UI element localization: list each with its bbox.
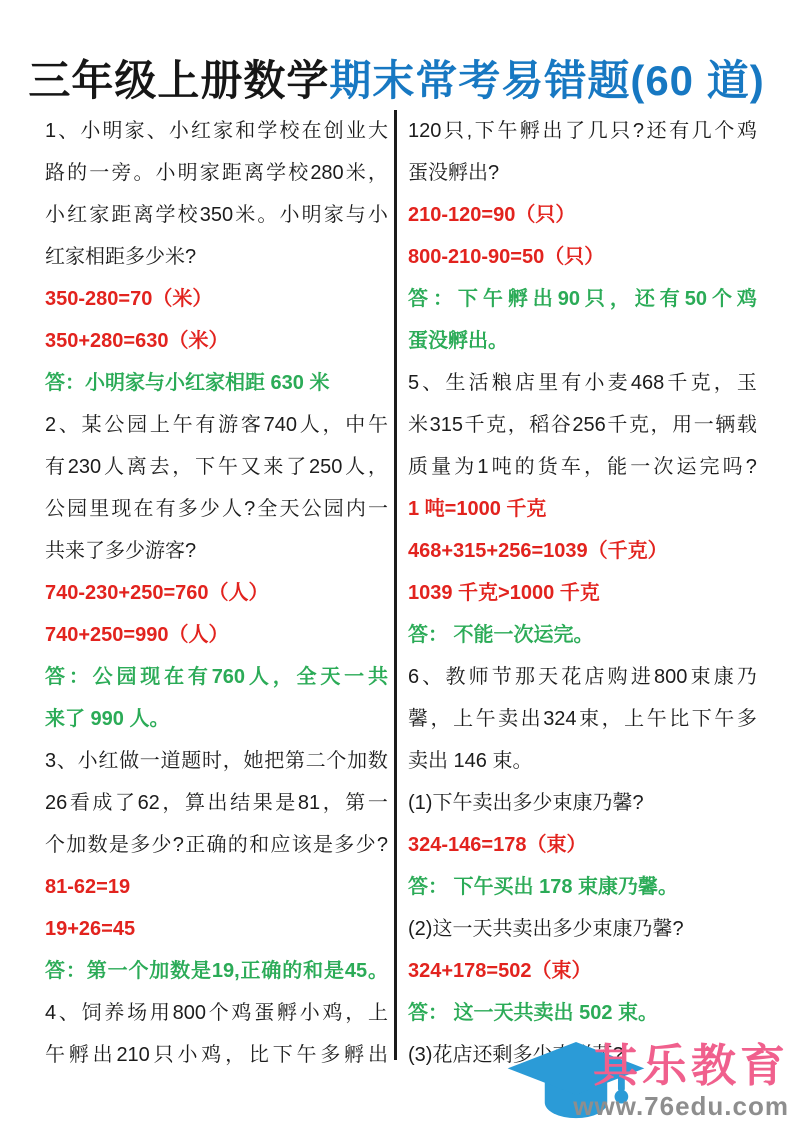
formula-line: 740-230+250=760（人） xyxy=(45,572,388,614)
formula-line: 324+178=502（束） xyxy=(408,950,757,992)
logo-brand-text: 其乐教育 xyxy=(573,1040,789,1092)
question-line: 共来了多少游客? xyxy=(45,530,388,572)
answer-line: 答： 不能一次运完。 xyxy=(408,614,757,656)
question-line: 26看成了62，算出结果是81，第一 xyxy=(45,782,388,824)
question-line: 午孵出210只小鸡，比下午多孵出 xyxy=(45,1034,388,1076)
question-line: 米315千克，稻谷256千克，用一辆载 xyxy=(408,404,757,446)
question-line: 公园里现在有多少人?全天公园内一 xyxy=(45,488,388,530)
formula-line: 210-120=90（只） xyxy=(408,194,757,236)
question-line: 馨，上午卖出324束，上午比下午多 xyxy=(408,698,757,740)
formula-line: 350-280=70（米） xyxy=(45,278,388,320)
formula-line: 81-62=19 xyxy=(45,866,388,908)
question-line: 路的一旁。小明家距离学校280米， xyxy=(45,152,388,194)
question-line: 蛋没孵出? xyxy=(408,152,757,194)
question-line: 3、小红做一道题时，她把第二个加数 xyxy=(45,740,388,782)
title-black-part: 三年级上册数学 xyxy=(28,57,329,104)
answer-line: 蛋没孵出。 xyxy=(408,320,757,362)
logo-url: www.76edu.com xyxy=(573,1092,789,1120)
page-title: 三年级上册数学期末常考易错题(60 道) xyxy=(0,48,793,108)
logo: 其乐教育 www.76edu.com xyxy=(500,1040,793,1122)
formula-line: 350+280=630（米） xyxy=(45,320,388,362)
formula-line: 468+315+256=1039（千克） xyxy=(408,530,757,572)
question-line: 红家相距多少米? xyxy=(45,236,388,278)
formula-line: 19+26=45 xyxy=(45,908,388,950)
column-left: 1、小明家、小红家和学校在创业大路的一旁。小明家距离学校280米，小红家距离学校… xyxy=(45,110,388,1076)
answer-line: 答：第一个加数是19,正确的和是45。 xyxy=(45,950,388,992)
answer-line: 来了 990 人。 xyxy=(45,698,388,740)
question-line: 1、小明家、小红家和学校在创业大 xyxy=(45,110,388,152)
question-line: 有230人离去，下午又来了250人， xyxy=(45,446,388,488)
formula-line: 800-210-90=50（只） xyxy=(408,236,757,278)
title-blue-part: 期末常考易错题(60 道) xyxy=(329,57,764,104)
question-line: 4、饲养场用800个鸡蛋孵小鸡，上 xyxy=(45,992,388,1034)
formula-line: 324-146=178（束） xyxy=(408,824,757,866)
question-line: 120只,下午孵出了几只?还有几个鸡 xyxy=(408,110,757,152)
answer-line: 答： 这一天共卖出 502 束。 xyxy=(408,992,757,1034)
answer-line: 答： 下午买出 178 束康乃馨。 xyxy=(408,866,757,908)
answer-line: 答：小明家与小红家相距 630 米 xyxy=(45,362,388,404)
question-line: (2)这一天共卖出多少束康乃馨? xyxy=(408,908,757,950)
column-divider xyxy=(394,110,397,1060)
column-right: 120只,下午孵出了几只?还有几个鸡蛋没孵出?210-120=90（只）800-… xyxy=(408,110,757,1076)
question-line: 质量为1吨的货车，能一次运完吗? xyxy=(408,446,757,488)
logo-text-block: 其乐教育 www.76edu.com xyxy=(573,1040,789,1120)
question-line: 5、生活粮店里有小麦468千克，玉 xyxy=(408,362,757,404)
question-line: 个加数是多少?正确的和应该是多少? xyxy=(45,824,388,866)
formula-line: 1 吨=1000 千克 xyxy=(408,488,757,530)
worksheet-page: 三年级上册数学期末常考易错题(60 道) 1、小明家、小红家和学校在创业大路的一… xyxy=(0,0,793,1122)
formula-line: 1039 千克>1000 千克 xyxy=(408,572,757,614)
answer-line: 答：下午孵出90只，还有50个鸡 xyxy=(408,278,757,320)
question-line: (1)下午卖出多少束康乃馨? xyxy=(408,782,757,824)
question-line: 6、教师节那天花店购进800束康乃 xyxy=(408,656,757,698)
question-line: 卖出 146 束。 xyxy=(408,740,757,782)
answer-line: 答：公园现在有760人，全天一共 xyxy=(45,656,388,698)
formula-line: 740+250=990（人） xyxy=(45,614,388,656)
question-line: 2、某公园上午有游客740人，中午 xyxy=(45,404,388,446)
question-line: 小红家距离学校350米。小明家与小 xyxy=(45,194,388,236)
